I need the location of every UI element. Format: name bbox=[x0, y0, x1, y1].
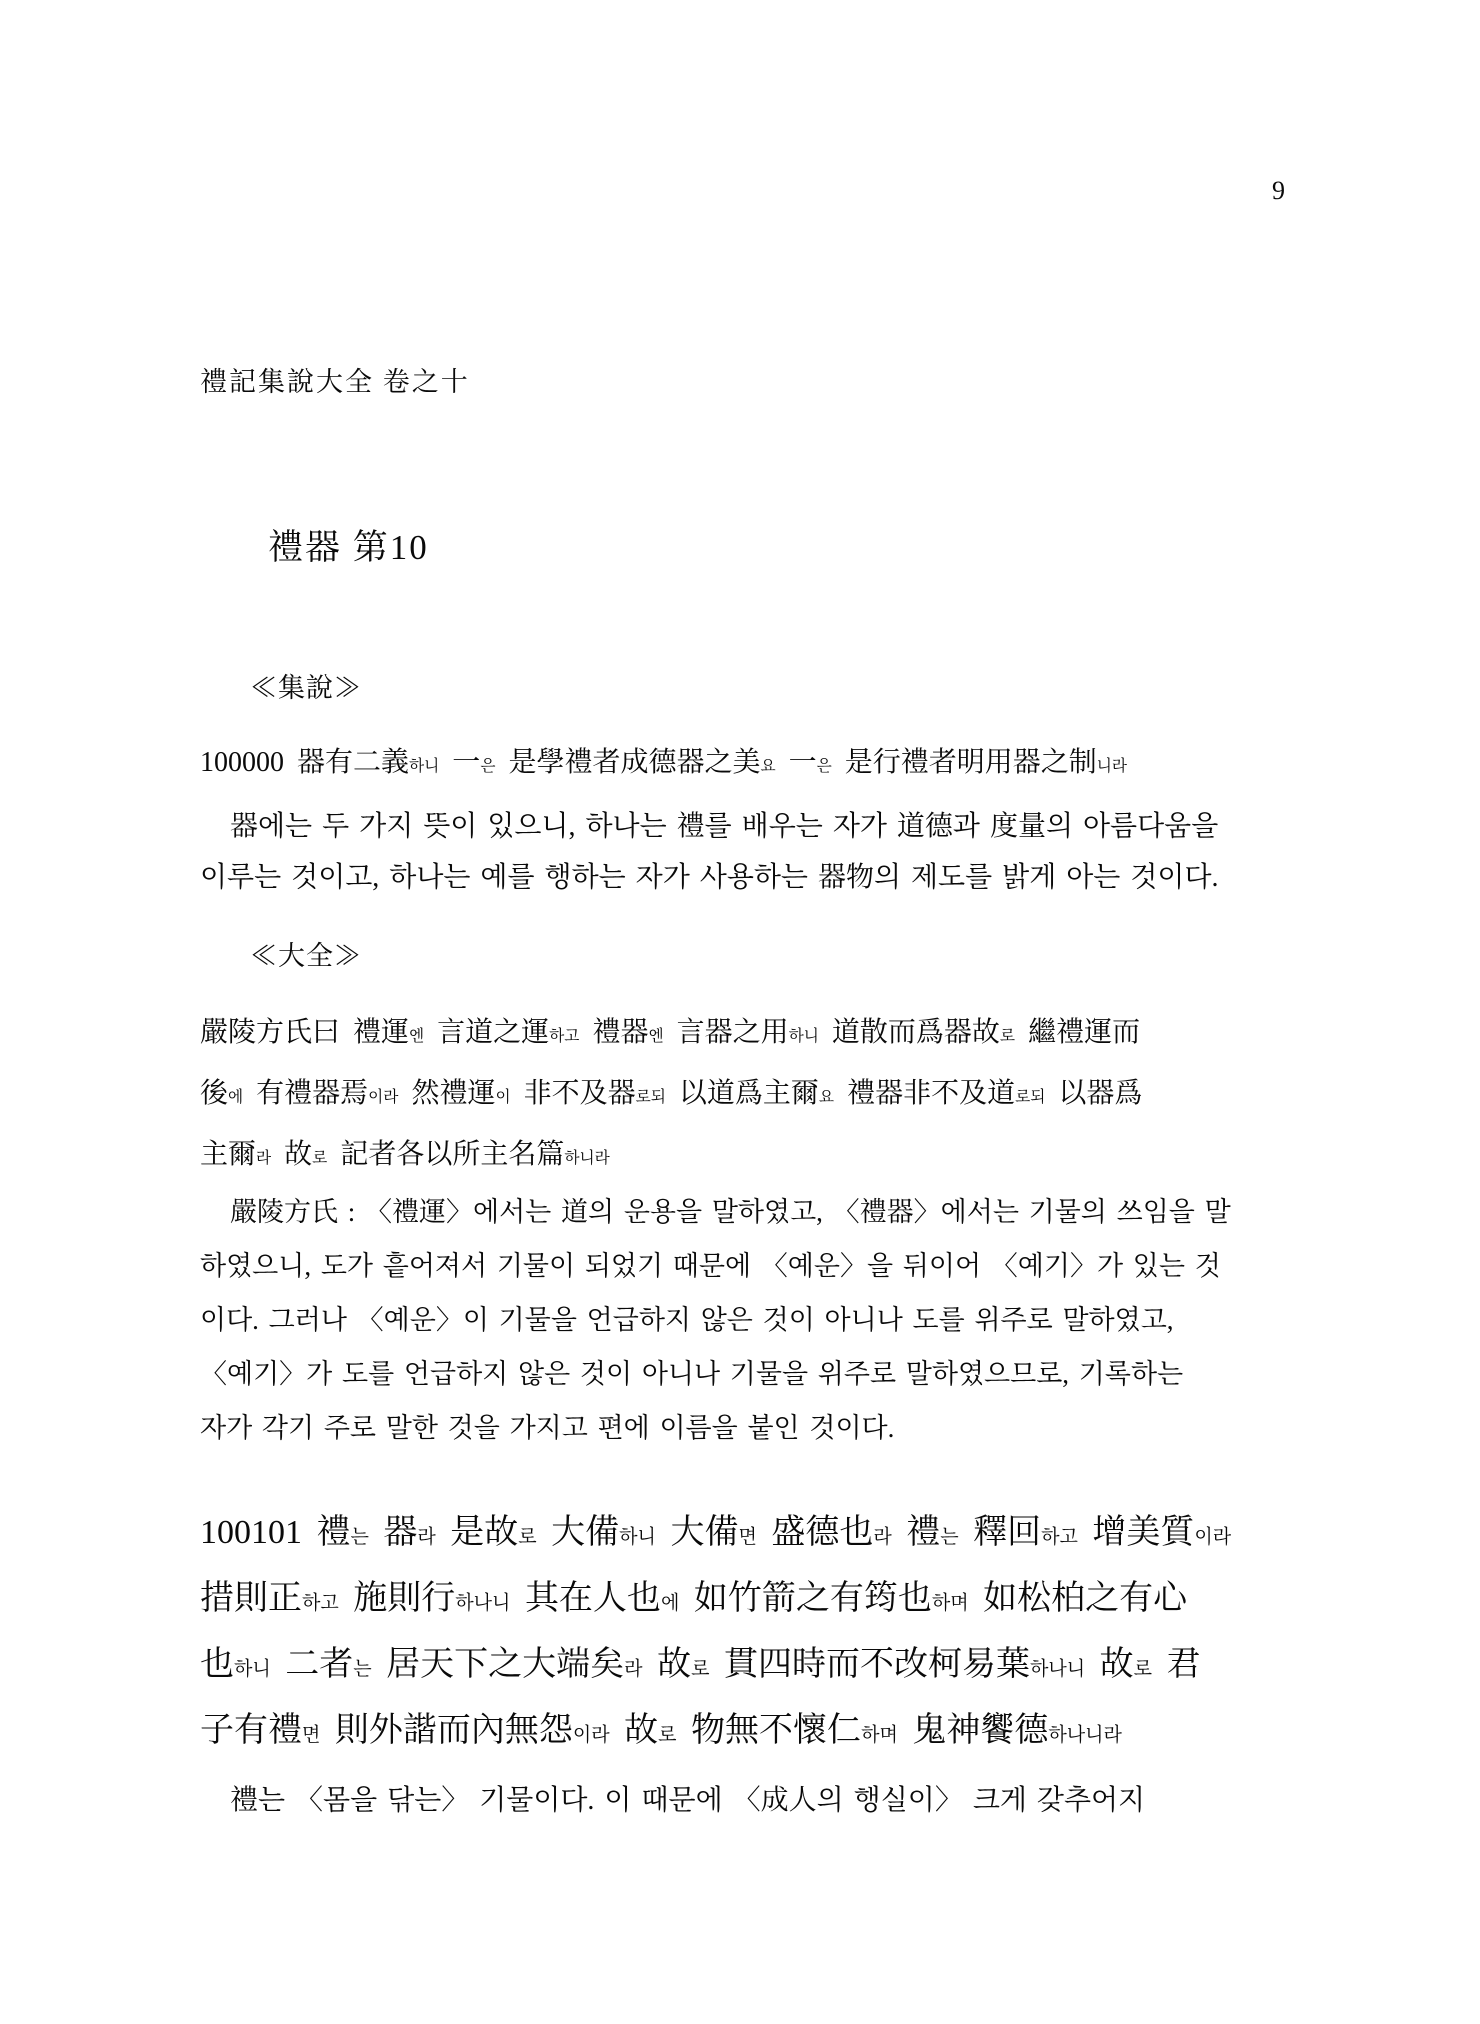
daejeon-commentary-korean-translation: 嚴陵方氏 : 〈禮運〉에서는 道의 운용을 말하였고, 〈禮器〉에서는 기물의 … bbox=[200, 1190, 1300, 1460]
text-line: 〈예기〉가 도를 언급하지 않은 것이 아니나 기물을 위주로 말하였으므로, … bbox=[200, 1352, 1300, 1406]
text-line: 하였으니, 도가 흩어져서 기물이 되었기 때문에 〈예운〉을 뒤이어 〈예기〉… bbox=[200, 1244, 1300, 1298]
text-line: 子有禮면 則外諧而內無怨이라 故로 物無不懷仁하며 鬼神饗德하나니라 bbox=[200, 1702, 1310, 1768]
text-line: 이다. 그러나 〈예운〉이 기물을 언급하지 않은 것이 아니나 도를 위주로 … bbox=[200, 1298, 1300, 1352]
text-line: 禮는 〈몸을 닦는〉 기물이다. 이 때문에 〈成人의 행실이〉 크게 갖추어지 bbox=[200, 1778, 1300, 1818]
chapter-title: 禮器 第10 bbox=[268, 520, 429, 570]
page-number: 9 bbox=[1272, 176, 1285, 206]
text-line: 100000 器有二義하니 一은 是學禮者成德器之美요 一은 是行禮者明用器之制… bbox=[200, 740, 1300, 791]
section-heading-daejeon: ≪大全≫ bbox=[250, 934, 362, 973]
entry-100000-korean-translation: 器에는 두 가지 뜻이 있으니, 하나는 禮를 배우는 자가 道德과 度量의 아… bbox=[200, 804, 1300, 906]
text-line: 이루는 것이고, 하나는 예를 행하는 자가 사용하는 器物의 제도를 밝게 아… bbox=[200, 855, 1300, 906]
text-line: 100101 禮는 器라 是故로 大備하니 大備면 盛德也라 禮는 釋回하고 增… bbox=[200, 1504, 1310, 1570]
text-line: 也하니 二者는 居天下之大端矣라 故로 貫四時而不改柯易葉하나니 故로 君 bbox=[200, 1636, 1310, 1702]
daejeon-commentary-hanja: 嚴陵方氏曰 禮運엔 言道之運하고 禮器엔 言器之用하니 道散而爲器故로 繼禮運而… bbox=[200, 1010, 1300, 1193]
entry-100101-hanja: 100101 禮는 器라 是故로 大備하니 大備면 盛德也라 禮는 釋回하고 增… bbox=[200, 1504, 1310, 1768]
text-line: 자가 각기 주로 말한 것을 가지고 편에 이름을 붙인 것이다. bbox=[200, 1406, 1300, 1460]
document-page: 9 禮記集說大全 卷之十 禮器 第10 ≪集說≫ 100000 器有二義하니 一… bbox=[0, 0, 1480, 2024]
text-line: 嚴陵方氏 : 〈禮運〉에서는 道의 운용을 말하였고, 〈禮器〉에서는 기물의 … bbox=[200, 1190, 1300, 1244]
section-heading-jipseol: ≪集說≫ bbox=[250, 666, 362, 705]
text-line: 後에 有禮器焉이라 然禮運이 非不及器로되 以道爲主爾요 禮器非不及道로되 以器… bbox=[200, 1071, 1300, 1132]
entry-100101-korean-translation: 禮는 〈몸을 닦는〉 기물이다. 이 때문에 〈成人의 행실이〉 크게 갖추어지 bbox=[200, 1778, 1300, 1818]
text-line: 嚴陵方氏曰 禮運엔 言道之運하고 禮器엔 言器之用하니 道散而爲器故로 繼禮運而 bbox=[200, 1010, 1300, 1071]
book-title-header: 禮記集說大全 卷之十 bbox=[200, 360, 470, 399]
entry-100000-hanja: 100000 器有二義하니 一은 是學禮者成德器之美요 一은 是行禮者明用器之制… bbox=[200, 740, 1300, 791]
text-line: 措則正하고 施則行하나니 其在人也에 如竹箭之有筠也하며 如松柏之有心 bbox=[200, 1570, 1310, 1636]
text-line: 主爾라 故로 記者各以所主名篇하니라 bbox=[200, 1132, 1300, 1193]
text-line: 器에는 두 가지 뜻이 있으니, 하나는 禮를 배우는 자가 道德과 度量의 아… bbox=[200, 804, 1300, 855]
